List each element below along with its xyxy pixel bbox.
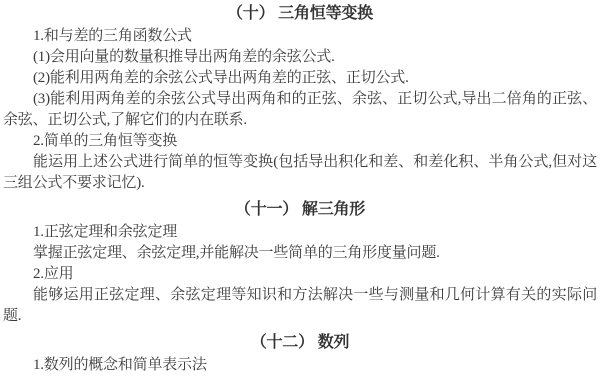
paragraph-item-2-detail: 能运用上述公式进行简单的恒等变换(包括导出积化和差、和差化积、半角公式,但对这三… <box>3 152 597 194</box>
document-page: （十） 三角恒等变换 1.和与差的三角函数公式 (1)会用向量的数量积推导出两角… <box>0 0 600 376</box>
paragraph-point-1: (1)会用向量的数量积推导出两角差的余弦公式. <box>3 47 597 68</box>
paragraph-point-2: (2)能利用两角差的余弦公式导出两角差的正弦、正切公式. <box>3 68 597 89</box>
section-heading-11: （十一） 解三角形 <box>3 199 597 220</box>
paragraph-item-2b-detail: 能够运用正弦定理、余弦定理等知识和方法解决一些与测量和几何计算有关的实际问题. <box>3 285 597 327</box>
paragraph-item-1: 1.和与差的三角函数公式 <box>3 26 597 47</box>
paragraph-item-1b: 1.正弦定理和余弦定理 <box>3 222 597 243</box>
paragraph-point-3: (3)能利用两角差的余弦公式导出两角和的正弦、余弦、正切公式,导出二倍角的正弦、… <box>3 89 597 131</box>
paragraph-item-1c: 1.数列的概念和简单表示法 <box>3 355 597 376</box>
paragraph-item-2: 2.简单的三角恒等变换 <box>3 131 597 152</box>
section-heading-12: （十二） 数列 <box>3 332 597 353</box>
paragraph-item-1b-detail: 掌握正弦定理、余弦定理,并能解决一些简单的三角形度量问题. <box>3 243 597 264</box>
section-heading-10: （十） 三角恒等变换 <box>3 3 597 24</box>
paragraph-item-2b: 2.应用 <box>3 264 597 285</box>
